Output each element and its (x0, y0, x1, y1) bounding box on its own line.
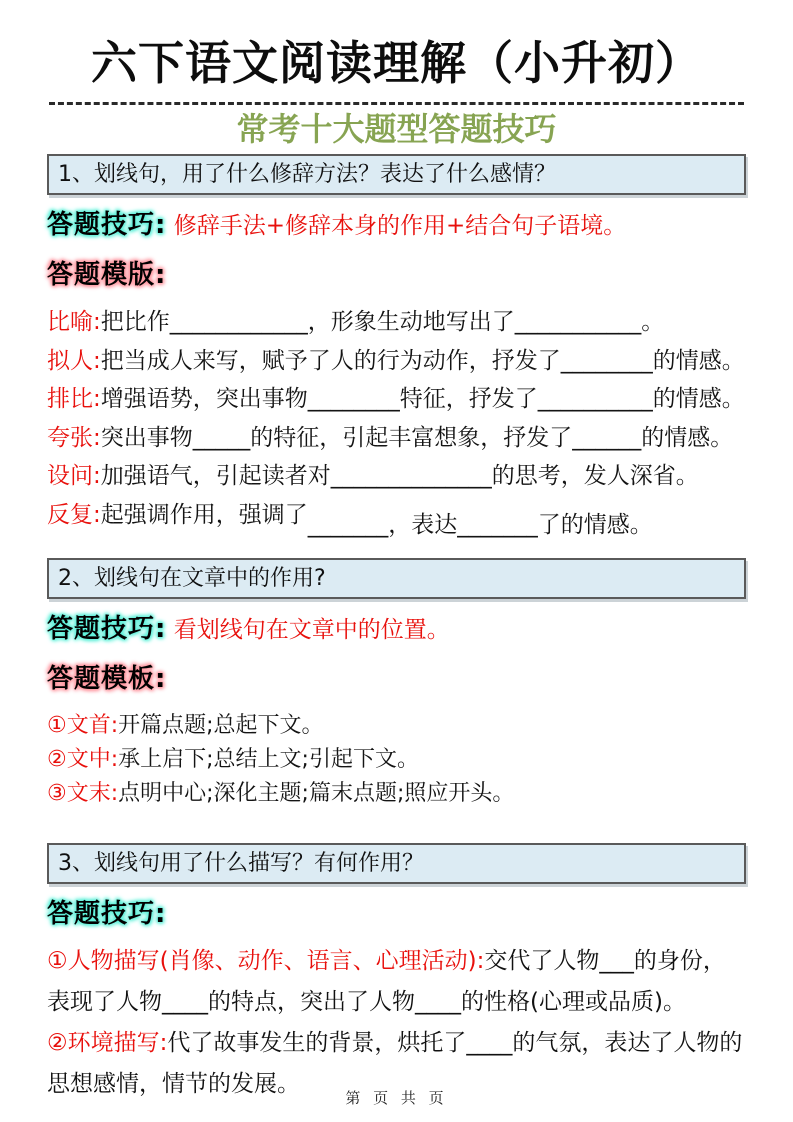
position-item-list: ①文首:开篇点题;总起下文。 ②文中:承上启下;总结上文;引起下文。 ③文末:点… (47, 709, 746, 811)
technique-row-3: 答题技巧: (47, 898, 746, 931)
item-text: 点明中心;深化主题;篇末点题;照应开头。 (118, 781, 514, 806)
item-text: 开篇点题;总起下文。 (118, 713, 323, 738)
item-text: 把比作____________，形象生动地写出了___________。 (101, 309, 665, 335)
item-text: 把当成人来写，赋予了人的行为动作，抒发了________的情感。 (101, 348, 745, 374)
page-subtitle: 常考十大题型答题技巧 (47, 110, 746, 148)
rhetoric-item-parallelism: 排比:增强语势，突出事物________特征，抒发了__________的情感。 (47, 380, 746, 419)
worksheet-page: 六下语文阅读理解（小升初） 常考十大题型答题技巧 1、划线句，用了什么修辞方法？… (0, 0, 793, 1122)
template-label: 答题模板: (47, 664, 166, 694)
item-label: ①人物描写(肖像、动作、语言、心理活动): (47, 948, 484, 974)
position-item-end: ③文末:点明中心;深化主题;篇末点题;照应开头。 (47, 777, 746, 811)
item-label: 夸张: (47, 425, 101, 451)
item-label: 反复: (47, 502, 101, 528)
item-text: 突出事物_____的特征，引起丰富想象，抒发了______的情感。 (101, 425, 734, 451)
rhetoric-item-personification: 拟人:把当成人来写，赋予了人的行为动作，抒发了________的情感。 (47, 342, 746, 381)
technique-label: 答题技巧: (47, 210, 166, 240)
item-label: 设问: (47, 463, 101, 489)
template-row-1: 答题模版: (47, 259, 746, 292)
dashed-divider (49, 102, 744, 105)
question-header-2: 2、划线句在文章中的作用? (47, 558, 746, 599)
item-text: 承上启下;总结上文;引起下文。 (118, 747, 419, 772)
technique-row-1: 答题技巧: 修辞手法+修辞本身的作用+结合句子语境。 (47, 209, 746, 242)
page-title: 六下语文阅读理解（小升初） (47, 36, 746, 90)
question-header-1: 1、划线句，用了什么修辞方法？表达了什么感情？ (47, 154, 746, 195)
template-label: 答题模版: (47, 260, 166, 290)
rhetoric-item-list: 比喻:把比作____________，形象生动地写出了___________。 … (47, 303, 746, 534)
item-text: 加强语气，引起读者对______________的思考，发人深省。 (101, 463, 699, 489)
page-content: 六下语文阅读理解（小升初） 常考十大题型答题技巧 1、划线句，用了什么修辞方法？… (0, 36, 793, 1105)
rhetoric-item-metaphor: 比喻:把比作____________，形象生动地写出了___________。 (47, 303, 746, 342)
question-header-3: 3、划线句用了什么描写？有何作用？ (47, 843, 746, 884)
description-item-character: ①人物描写(肖像、动作、语言、心理活动):交代了人物___的身份，表现了人物__… (47, 941, 746, 1023)
rhetoric-item-rhetorical-question: 设问:加强语气，引起读者对______________的思考，发人深省。 (47, 457, 746, 496)
page-footer: 第 页 共 页 (0, 1087, 793, 1108)
rhetoric-item-hyperbole: 夸张:突出事物_____的特征，引起丰富想象，抒发了______的情感。 (47, 419, 746, 458)
item-label: ①文首: (47, 713, 118, 738)
position-item-beginning: ①文首:开篇点题;总起下文。 (47, 709, 746, 743)
technique-text: 看划线句在文章中的位置。 (174, 617, 450, 643)
item-label: 拟人: (47, 348, 101, 374)
item-text-tail: _______，表达_______了的情感。 (308, 512, 653, 538)
technique-label: 答题技巧: (47, 614, 166, 644)
technique-row-2: 答题技巧: 看划线句在文章中的位置。 (47, 613, 746, 646)
item-label: ③文末: (47, 781, 118, 806)
item-label: 排比: (47, 386, 101, 412)
item-text: 增强语势，突出事物________特征，抒发了__________的情感。 (101, 386, 745, 412)
item-label: ②环境描写: (47, 1030, 167, 1056)
item-text: 起强调作用，强调了 (101, 502, 308, 528)
technique-text: 修辞手法+修辞本身的作用+结合句子语境。 (174, 213, 627, 239)
item-label: 比喻: (47, 309, 101, 335)
rhetoric-item-repetition: 反复:起强调作用，强调了_______，表达_______了的情感。 (47, 496, 746, 535)
technique-label: 答题技巧: (47, 899, 166, 929)
item-label: ②文中: (47, 747, 118, 772)
template-row-2: 答题模板: (47, 663, 746, 696)
position-item-middle: ②文中:承上启下;总结上文;引起下文。 (47, 743, 746, 777)
